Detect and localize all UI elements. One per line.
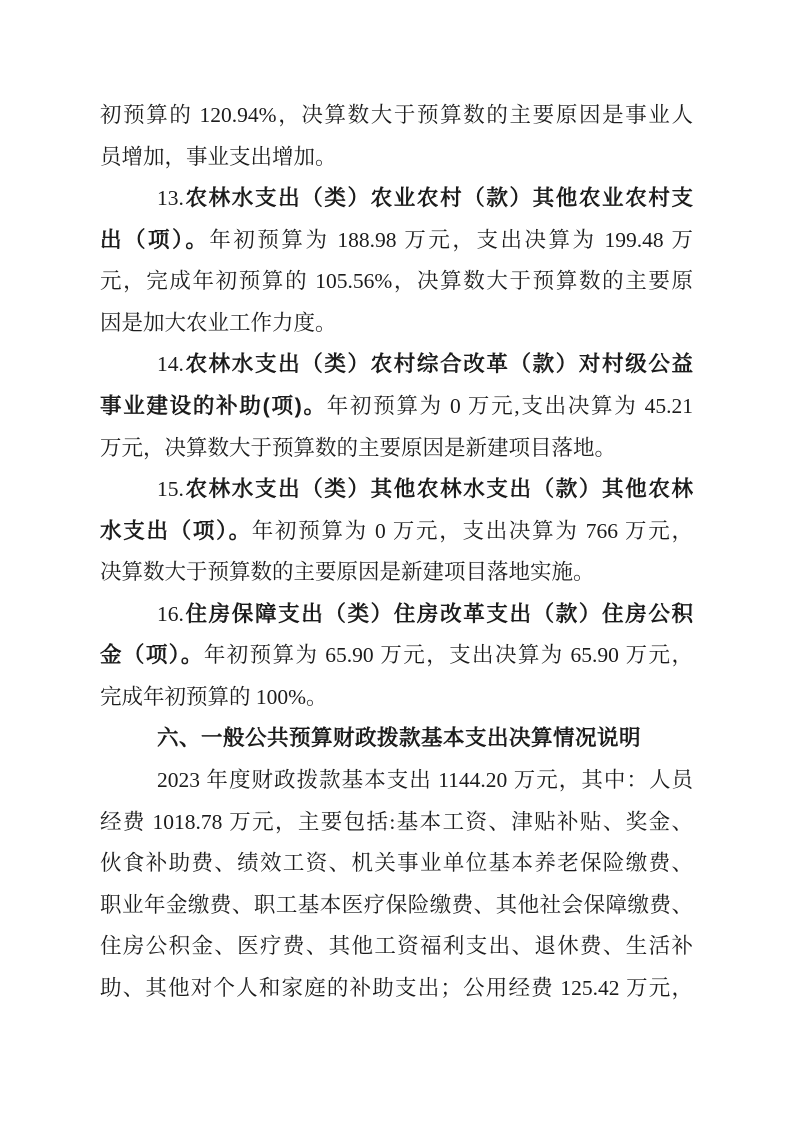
text-run: 初预算的 120.94%，决算数大于预算数的主要原因是事业人 [100, 103, 693, 127]
text-line: 职业年金缴费、职工基本医疗保险缴费、其他社会保障缴费、 [100, 885, 693, 927]
text-line: 13.农林水支出（类）农业农村（款）其他农业农村支 [100, 178, 693, 220]
text-run: 13. [157, 186, 184, 210]
text-line: 因是加大农业工作力度。 [100, 303, 693, 345]
text-run: 伙食补助费、绩效工资、机关事业单位基本养老保险缴费、 [100, 851, 693, 875]
text-line: 伙食补助费、绩效工资、机关事业单位基本养老保险缴费、 [100, 843, 693, 885]
bold-text-run: 六、一般公共预算财政拨款基本支出决算情况说明 [157, 726, 641, 750]
text-line: 元，完成年初预算的 105.56%，决算数大于预算数的主要原 [100, 261, 693, 303]
text-line: 出（项）。年初预算为 188.98 万元，支出决算为 199.48 万 [100, 220, 693, 262]
bold-text-run: 农林水支出（类）农业农村（款）其他农业农村支 [184, 186, 693, 210]
text-run: 经费 1018.78 万元，主要包括:基本工资、津贴补贴、奖金、 [100, 810, 693, 834]
text-run: 2023 年度财政拨款基本支出 1144.20 万元，其中：人员 [157, 768, 693, 792]
bold-text-run: 农林水支出（类）其他农林水支出（款）其他农林 [184, 477, 693, 501]
text-run: 决算数大于预算数的主要原因是新建项目落地实施。 [100, 560, 595, 584]
text-line: 住房公积金、医疗费、其他工资福利支出、退休费、生活补 [100, 926, 693, 968]
text-line: 水支出（项）。年初预算为 0 万元，支出决算为 766 万元， [100, 511, 693, 553]
bold-text-run: 农林水支出（类）农村综合改革（款）对村级公益 [184, 352, 693, 376]
bold-text-run: 住房保障支出（类）住房改革支出（款）住房公积 [184, 602, 693, 626]
text-line: 16.住房保障支出（类）住房改革支出（款）住房公积 [100, 594, 693, 636]
text-line: 初预算的 120.94%，决算数大于预算数的主要原因是事业人 [100, 95, 693, 137]
bold-text-run: 出（项）。 [100, 228, 209, 252]
bold-text-run: 金（项）。 [100, 643, 204, 667]
text-line: 经费 1018.78 万元，主要包括:基本工资、津贴补贴、奖金、 [100, 802, 693, 844]
text-line: 万元，决算数大于预算数的主要原因是新建项目落地。 [100, 428, 693, 470]
text-line: 金（项）。年初预算为 65.90 万元，支出决算为 65.90 万元， [100, 635, 693, 677]
text-line: 15.农林水支出（类）其他农林水支出（款）其他农林 [100, 469, 693, 511]
document-page: 初预算的 120.94%，决算数大于预算数的主要原因是事业人员增加，事业支出增加… [0, 0, 793, 1122]
text-run: 年初预算为 188.98 万元，支出决算为 199.48 万 [209, 228, 693, 252]
text-run: 15. [157, 477, 184, 501]
text-line: 事业建设的补助(项)。年初预算为 0 万元,支出决算为 45.21 [100, 386, 693, 428]
text-run: 年初预算为 65.90 万元，支出决算为 65.90 万元， [204, 643, 693, 667]
text-run: 完成年初预算的 100%。 [100, 685, 328, 709]
text-run: 年初预算为 0 万元，支出决算为 766 万元， [252, 519, 693, 543]
text-line: 2023 年度财政拨款基本支出 1144.20 万元，其中：人员 [100, 760, 693, 802]
text-run: 住房公积金、医疗费、其他工资福利支出、退休费、生活补 [100, 934, 693, 958]
bold-text-run: 事业建设的补助(项)。 [100, 394, 327, 418]
text-run: 员增加，事业支出增加。 [100, 145, 337, 169]
bold-text-run: 水支出（项）。 [100, 519, 252, 543]
text-line: 14.农林水支出（类）农村综合改革（款）对村级公益 [100, 344, 693, 386]
text-run: 助、其他对个人和家庭的补助支出；公用经费 125.42 万元， [100, 976, 693, 1000]
text-run: 年初预算为 0 万元,支出决算为 45.21 [327, 394, 693, 418]
section-heading: 六、一般公共预算财政拨款基本支出决算情况说明 [100, 718, 693, 760]
text-run: 万元，决算数大于预算数的主要原因是新建项目落地。 [100, 436, 616, 460]
text-line: 完成年初预算的 100%。 [100, 677, 693, 719]
text-run: 职业年金缴费、职工基本医疗保险缴费、其他社会保障缴费、 [100, 893, 693, 917]
text-run: 元，完成年初预算的 105.56%，决算数大于预算数的主要原 [100, 269, 693, 293]
text-run: 因是加大农业工作力度。 [100, 311, 337, 335]
text-run: 14. [157, 352, 184, 376]
document-body: 初预算的 120.94%，决算数大于预算数的主要原因是事业人员增加，事业支出增加… [100, 95, 693, 1009]
text-line: 员增加，事业支出增加。 [100, 137, 693, 179]
text-line: 助、其他对个人和家庭的补助支出；公用经费 125.42 万元， [100, 968, 693, 1010]
text-run: 16. [157, 602, 184, 626]
text-line: 决算数大于预算数的主要原因是新建项目落地实施。 [100, 552, 693, 594]
